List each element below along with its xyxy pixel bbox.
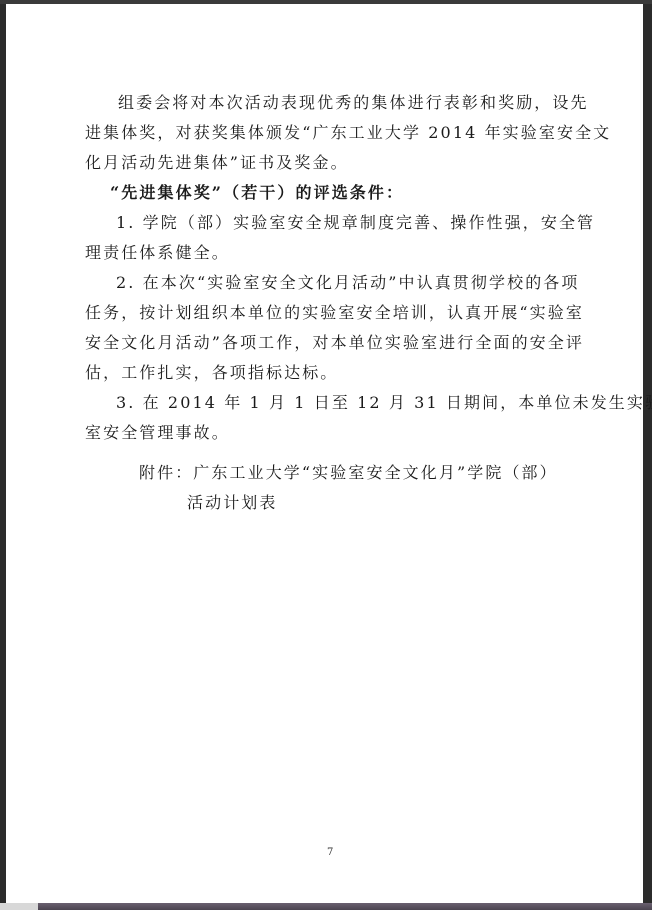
criterion-2-line-4: 估，工作扎实，各项指标达标。 xyxy=(85,360,338,383)
paragraph-intro-line-3: 化月活动先进集体”证书及奖金。 xyxy=(85,150,349,173)
attachment-line-1: 附件：广东工业大学“实验室安全文化月”学院（部） xyxy=(139,460,558,483)
criterion-2-line-1: 2. 在本次“实验室安全文化月活动”中认真贯彻学校的各项 xyxy=(116,270,580,293)
criterion-2-line-2: 任务，按计划组织本单位的实验室安全培训，认真开展“实验室 xyxy=(85,300,584,323)
document-page: 组委会将对本次活动表现优秀的集体进行表彰和奖励，设先 进集体奖，对获奖集体颁发“… xyxy=(6,4,643,903)
bottom-tab[interactable] xyxy=(0,903,38,910)
attachment-line-2: 活动计划表 xyxy=(187,490,278,513)
criterion-3-line-1: 3. 在 2014 年 1 月 1 日至 12 月 31 日期间，本单位未发生实… xyxy=(116,390,652,413)
criterion-2-line-3: 安全文化月活动”各项工作，对本单位实验室进行全面的安全评 xyxy=(85,330,584,353)
paragraph-intro-line-2: 进集体奖，对获奖集体颁发“广东工业大学 2014 年实验室安全文 xyxy=(85,120,611,143)
page-number: 7 xyxy=(327,847,333,858)
viewer-bottom-bar xyxy=(0,903,652,910)
criterion-1-line-2: 理责任体系健全。 xyxy=(85,240,230,263)
criterion-1-line-1: 1. 学院（部）实验室安全规章制度完善、操作性强，安全管 xyxy=(116,210,595,233)
criterion-3-line-2: 室安全管理事故。 xyxy=(85,420,230,443)
paragraph-intro-line-1: 组委会将对本次活动表现优秀的集体进行表彰和奖励，设先 xyxy=(118,90,589,113)
criteria-heading: “先进集体奖”（若干）的评选条件： xyxy=(110,180,404,203)
